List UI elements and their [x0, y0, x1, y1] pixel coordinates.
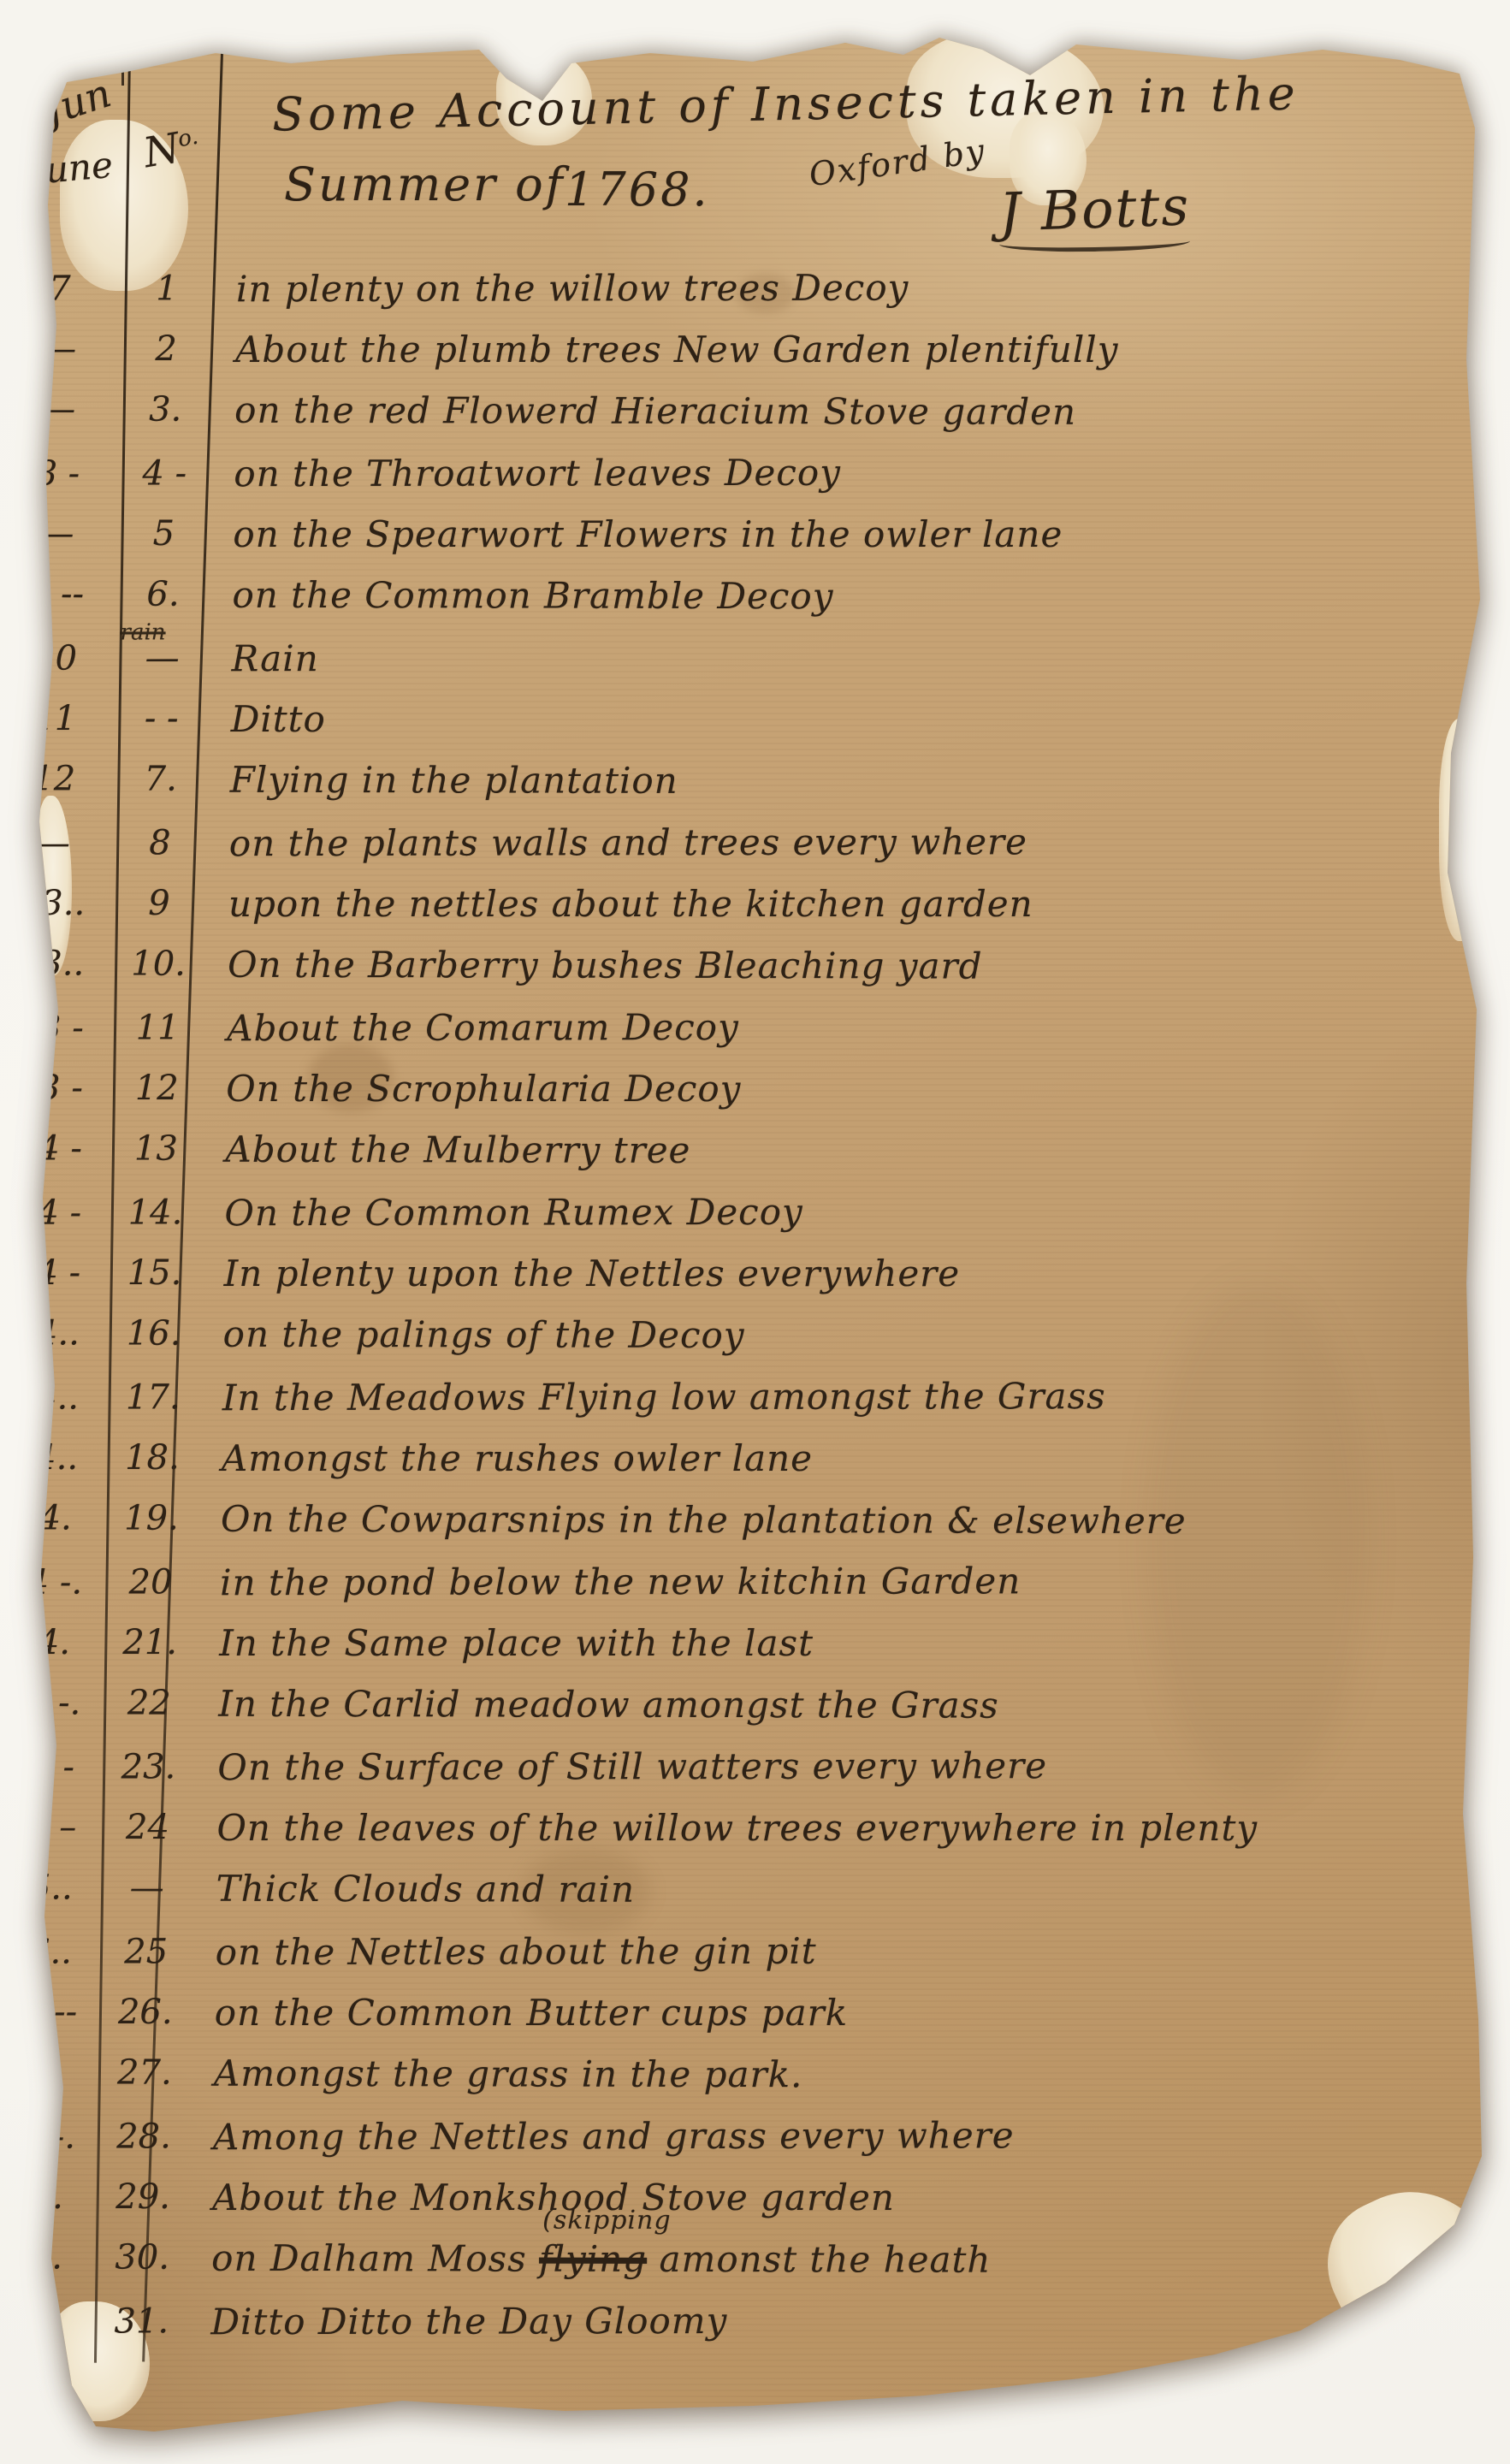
row-day: 16 -.: [0, 2117, 97, 2157]
struck-number-note: rain: [121, 619, 166, 645]
row-number: 27.: [98, 2052, 192, 2092]
table-row: 14..16.on the palings of the Decoy: [0, 1302, 1459, 1367]
row-day: 16.: [0, 2177, 96, 2217]
row-description: Ditto Ditto the Day Gloomy: [188, 2298, 1446, 2343]
row-number: 11: [110, 1008, 204, 1047]
row-day: 7: [0, 269, 120, 309]
correction: (skippingflying: [539, 2237, 647, 2279]
row-number: 15.: [108, 1253, 202, 1293]
row-description: upon the nettles about the kitchen garde…: [206, 883, 1464, 925]
row-day: 13 -: [0, 1069, 110, 1108]
byline-oxford-by: Oxford by: [807, 132, 988, 194]
row-description: On the Barberry bushes Bleaching yard: [205, 943, 1463, 987]
signature-block: J Botts: [999, 178, 1190, 252]
row-description: on the Spearwort Flowers in the owler la…: [210, 513, 1468, 555]
row-description: Amongst the grass in the park.: [192, 2052, 1449, 2096]
row-day: 14.: [0, 1623, 103, 1662]
row-number: 26.: [98, 1993, 192, 2032]
row-day: 14..: [0, 1313, 107, 1353]
row-description: on the plants walls and trees every wher…: [207, 820, 1465, 864]
row-number: 16.: [107, 1313, 201, 1353]
row-description: on the Nettles about the gin pit: [193, 1928, 1451, 1973]
table-row: 16.29.About the Monkshood Stove garden: [0, 2166, 1448, 2228]
row-description: Among the Nettles and grass every where: [191, 2113, 1448, 2158]
row-description: About the Monkshood Stove garden: [190, 2177, 1448, 2218]
row-number: - -: [115, 699, 209, 738]
row-description: In the Carlid meadow amongst the Grass: [196, 1682, 1454, 1727]
row-number-value: 18.: [125, 1438, 180, 1478]
row-number-value: 7.: [145, 760, 177, 799]
table-row: 13..9upon the nettles about the kitchen …: [0, 873, 1464, 934]
row-day: 10: [0, 639, 115, 678]
number-header-superscript: o.: [176, 124, 200, 153]
row-description: About the Comarum Decoy: [204, 1004, 1462, 1049]
row-description: on the Common Butter cups park: [192, 1992, 1450, 2034]
row-day: 16 --: [0, 1993, 98, 2032]
row-number-value: 27.: [117, 2053, 172, 2093]
row-day: 13..: [0, 944, 111, 983]
table-row: —5on the Spearwort Flowers in the owler …: [0, 503, 1468, 565]
row-day: —: [0, 824, 113, 863]
row-day: 16.: [0, 2052, 98, 2092]
row-day: 12: [0, 759, 114, 798]
scanned-page: Jun June No. Some Account of Insects tak…: [0, 0, 1510, 2464]
row-number: 9: [112, 884, 206, 923]
manuscript-paper: Jun June No. Some Account of Insects tak…: [0, 0, 1510, 2464]
row-number-value: 9: [148, 884, 169, 923]
row-day: 14..: [0, 1378, 106, 1418]
row-description: Thick Clouds and rain: [194, 1867, 1452, 1911]
row-description: In the Meadows Flying low amongst the Gr…: [200, 1374, 1458, 1419]
row-number-value: 23.: [121, 1747, 176, 1786]
row-number: 10.: [111, 944, 205, 983]
row-number: 20: [104, 1562, 198, 1602]
table-row: 16.27.Amongst the grass in the park.: [0, 2041, 1449, 2106]
row-day: 14 -: [0, 1193, 109, 1233]
table-row: 14 -15.In plenty upon the Nettles everyw…: [0, 1242, 1460, 1304]
table-row: 11- -Ditto: [0, 688, 1466, 749]
row-number-value: 26.: [118, 1993, 173, 2032]
row-number: 21.: [103, 1623, 197, 1662]
row-number-value: 4 -: [142, 453, 187, 493]
row-day: 16: [0, 2302, 94, 2342]
row-number: 7.: [114, 759, 208, 798]
row-description: on the palings of the Decoy: [201, 1312, 1459, 1357]
row-day: 13 -: [0, 1009, 110, 1048]
table-row: 1631.Ditto Ditto the Day Gloomy: [0, 2288, 1446, 2353]
row-number-value: 22: [127, 1684, 171, 1723]
row-number-value: 16.: [127, 1314, 181, 1353]
row-number-value: 6.: [146, 575, 179, 614]
row-day: —: [0, 389, 118, 429]
table-row: 16.30.on Dalham Moss (skippingflying amo…: [0, 2226, 1447, 2291]
marginal-note: on: [1444, 2252, 1484, 2289]
table-row: 8 -4 -on the Throatwort leaves Decoy: [0, 440, 1469, 505]
table-row: 14.19.On the Cowparsnips in the plantati…: [0, 1487, 1456, 1552]
row-number: 25: [99, 1932, 193, 1971]
pen-stroke: [121, 34, 124, 86]
row-day: 8 -: [0, 454, 117, 494]
row-number-value: 13: [134, 1129, 178, 1169]
row-number-value: 31.: [114, 2301, 169, 2341]
row-day: 13..: [0, 884, 112, 923]
row-number-value: 15.: [127, 1253, 182, 1293]
row-description: In plenty upon the Nettles everywhere: [202, 1253, 1460, 1294]
row-number-value: 1: [156, 269, 178, 308]
struck-word: flying: [539, 2237, 647, 2279]
table-row: 16..25on the Nettles about the gin pit: [0, 1918, 1451, 1983]
table-row: 14..18.Amongst the rushes owler lane: [0, 1427, 1457, 1489]
row-number-value: 10.: [131, 945, 186, 984]
row-number: 29.: [96, 2177, 190, 2217]
row-number: 31.: [94, 2301, 188, 2341]
row-number: 24: [101, 1808, 195, 1847]
row-number: 12: [110, 1069, 204, 1108]
row-number-value: 25: [124, 1932, 168, 1971]
row-description: Amongst the rushes owler lane: [199, 1437, 1457, 1479]
row-number-value: 11: [136, 1008, 180, 1047]
row-description: On the Surface of Still watters every wh…: [195, 1744, 1453, 1788]
row-day: 9 --: [0, 574, 116, 613]
row-number: 8: [113, 823, 207, 862]
table-row: 13..10.On the Barberry bushes Bleaching …: [0, 933, 1463, 998]
row-day: 11: [0, 699, 115, 738]
row-number-value: 2: [155, 329, 176, 369]
table-row: 14 -13About the Mulberry tree: [0, 1117, 1460, 1182]
row-number-value: —: [130, 1869, 164, 1908]
table-row: 10rain—Rain: [0, 625, 1467, 690]
row-number: 4 -: [117, 453, 211, 493]
row-description: on the Common Bramble Decoy: [210, 573, 1467, 618]
rows: 71in plenty on the willow trees Decoy—2A…: [0, 257, 1472, 2351]
table-row: 127.Flying in the plantation: [0, 748, 1466, 813]
table-row: 14.21.In the Same place with the last: [0, 1612, 1454, 1673]
row-number-value: 30.: [115, 2238, 169, 2277]
row-number: rain—: [115, 638, 210, 678]
row-day: —: [0, 514, 116, 554]
row-number: 22: [102, 1683, 196, 1722]
row-description: On the Cowparsnips in the plantation & e…: [198, 1497, 1456, 1542]
row-description: in plenty on the willow trees Decoy: [214, 265, 1472, 310]
row-number-value: 21.: [122, 1623, 177, 1662]
row-description: On the Common Rumex Decoy: [202, 1189, 1460, 1234]
table-row: —8on the plants walls and trees every wh…: [0, 809, 1465, 874]
table-row: 14 –24On the leaves of the willow trees …: [0, 1797, 1453, 1858]
table-row: 14 -.20in the pond below the new kitchin…: [0, 1549, 1455, 1614]
row-number: 1: [120, 269, 214, 308]
row-day: 16..: [0, 1933, 99, 1972]
table-row: 14 -.22In the Carlid meadow amongst the …: [0, 1672, 1454, 1737]
row-number-value: 12: [135, 1069, 179, 1108]
row-description: on the Throatwort leaves Decoy: [211, 450, 1469, 495]
page-title-year: 1768.: [565, 163, 710, 216]
row-number-value: 20: [129, 1562, 173, 1602]
row-number: 18.: [105, 1438, 199, 1478]
row-number: 30.: [95, 2237, 189, 2277]
table-row: 9 --6.on the Common Bramble Decoy: [0, 563, 1468, 628]
row-day: 14.: [0, 1498, 104, 1537]
table-row: 13 -12On the Scrophularia Decoy: [0, 1057, 1461, 1119]
row-day: 14 -.: [0, 1563, 104, 1602]
row-number-value: 24: [126, 1808, 169, 1847]
row-description: On the leaves of the willow trees everyw…: [195, 1807, 1453, 1849]
inserted-word: (skipping: [542, 2205, 671, 2235]
row-day: 14 -: [0, 1748, 101, 1787]
row-number-value: 3.: [149, 390, 181, 429]
table-row: 16 --26.on the Common Butter cups park: [0, 1981, 1450, 2043]
row-number-value: 29.: [115, 2177, 170, 2217]
row-number-value: 8: [149, 823, 171, 862]
row-description: About the plumb trees New Garden plentif…: [213, 329, 1471, 370]
table-row: 14 -23.On the Surface of Still watters e…: [0, 1733, 1453, 1798]
description-text: amonst the heath: [647, 2237, 991, 2280]
row-number: 13: [109, 1128, 203, 1168]
table-row: 14 -14.On the Common Rumex Decoy: [0, 1179, 1460, 1244]
row-description: On the Scrophularia Decoy: [204, 1068, 1461, 1110]
row-description: Rain: [210, 635, 1467, 679]
row-number-value: 19.: [124, 1499, 179, 1538]
row-number-value: 17.: [126, 1377, 181, 1417]
row-number: 19.: [104, 1498, 198, 1537]
row-day: 15..: [0, 1868, 100, 1907]
row-number-value: 28.: [116, 2117, 171, 2156]
row-number: 28.: [97, 2117, 191, 2156]
number-column-header: No.: [140, 121, 204, 178]
date-column-header-line2: June: [29, 144, 115, 192]
row-number: 23.: [101, 1747, 195, 1786]
row-number: 5: [116, 514, 210, 554]
row-day: 14 -: [0, 1128, 109, 1168]
table-row: —3.on the red Flowerd Hieracium Stove ga…: [0, 378, 1470, 443]
table-row: 14..17.In the Meadows Flying low amongst…: [0, 1364, 1458, 1429]
row-description: on the red Flowerd Hieracium Stove garde…: [212, 388, 1470, 433]
table-row: 13 -11About the Comarum Decoy: [0, 994, 1462, 1059]
row-description: In the Same place with the last: [197, 1622, 1454, 1664]
table-row: 16 -.28.Among the Nettles and grass ever…: [0, 2103, 1448, 2168]
row-number: 6.: [115, 574, 210, 613]
row-number-value: - -: [145, 699, 179, 738]
row-number: 3.: [118, 389, 212, 429]
row-description: Ditto: [209, 698, 1466, 740]
page-title-line1: Some Account of Insects taken in the: [271, 66, 1300, 141]
table-row: 71in plenty on the willow trees Decoy: [0, 255, 1472, 320]
row-description: on Dalham Moss (skippingflying amonst th…: [189, 2236, 1447, 2281]
table-row: 15..—Thick Clouds and rain: [0, 1857, 1452, 1922]
row-number: 17.: [106, 1377, 200, 1417]
row-description: About the Mulberry tree: [203, 1128, 1460, 1172]
row-number-value: 14.: [128, 1193, 183, 1232]
table-row: —2About the plumb trees New Garden plent…: [0, 318, 1471, 380]
row-day: —: [0, 329, 119, 369]
row-number: 2: [119, 329, 213, 369]
row-day: 14..: [0, 1438, 105, 1478]
page-title-summer-of: Summer of: [284, 157, 566, 211]
row-description: in the pond below the new kitchin Garden: [198, 1559, 1455, 1603]
row-day: 16.: [0, 2237, 95, 2277]
row-day: 14 -.: [0, 1683, 102, 1722]
row-day: 14 -: [0, 1253, 108, 1293]
description-text: on Dalham Moss: [211, 2236, 539, 2279]
row-description: Flying in the plantation: [208, 758, 1466, 803]
row-number: 14.: [108, 1193, 202, 1232]
row-number: —: [100, 1868, 194, 1907]
row-number-value: 5: [153, 514, 175, 554]
row-day: 14 –: [0, 1808, 101, 1847]
